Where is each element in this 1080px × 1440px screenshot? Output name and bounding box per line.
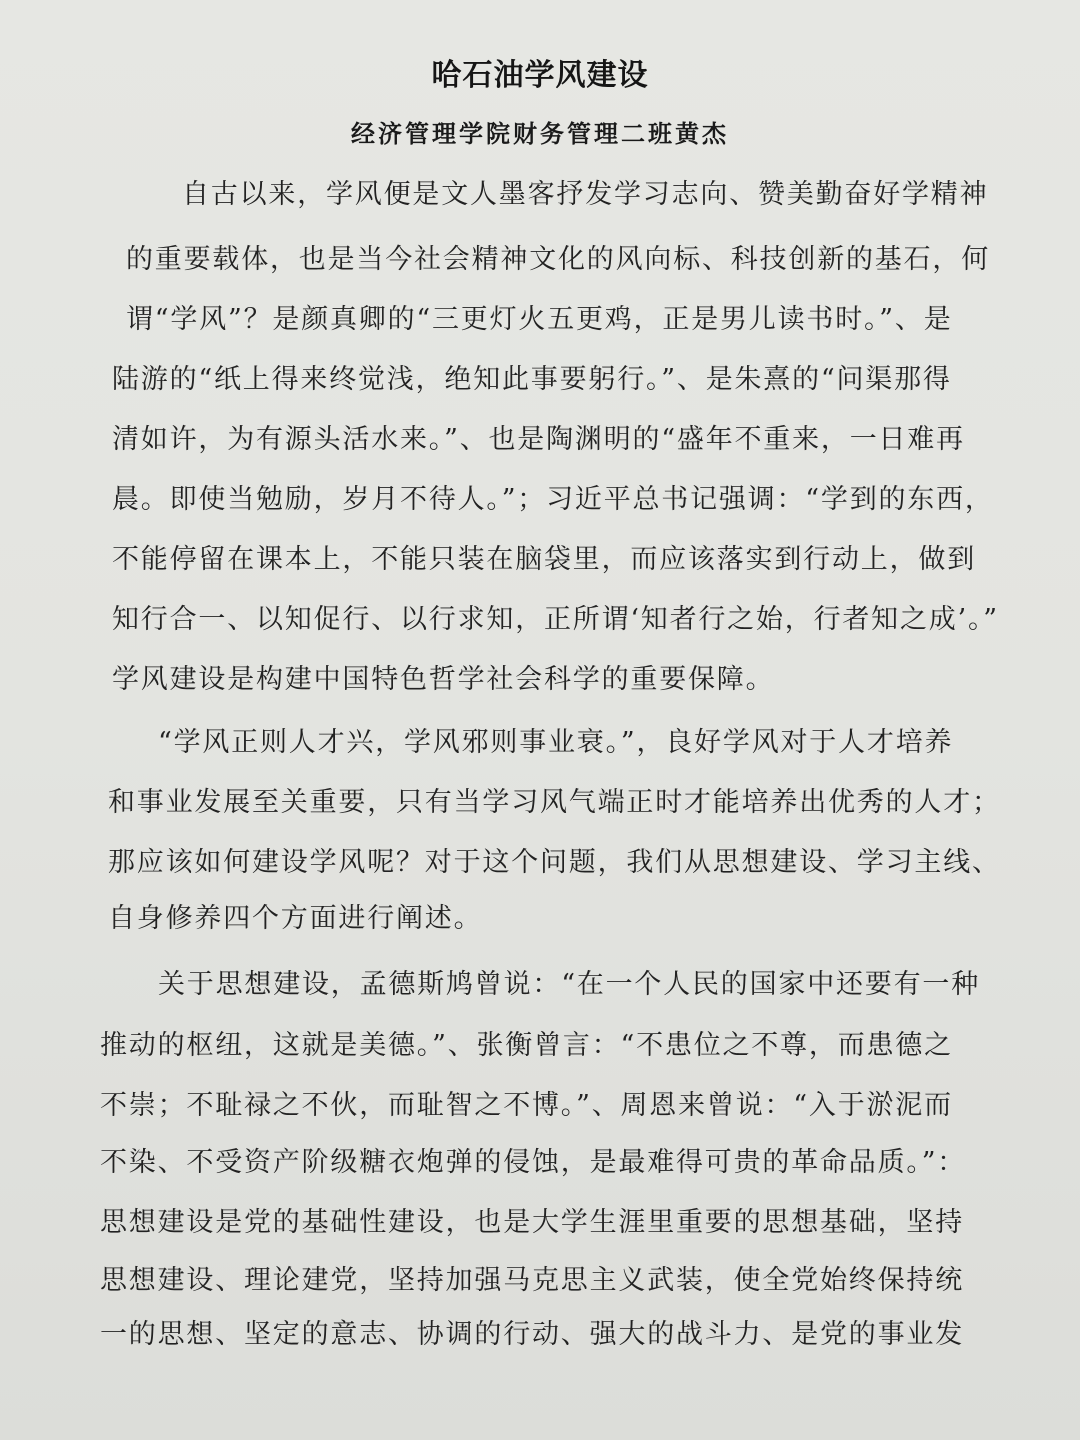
text-line: 自身修养四个方面进行阐述。 bbox=[108, 896, 482, 935]
text-line: 晨。即使当勉励，岁月不待人。”；习近平总书记强调：“学到的东西， bbox=[112, 477, 994, 516]
author-line: 经济管理学院财务管理二班黄杰 bbox=[0, 114, 1080, 149]
text-line: 关于思想建设，孟德斯鸠曾说：“在一个人民的国家中还要有一种 bbox=[158, 962, 980, 1001]
document-title: 哈石油学风建设 bbox=[0, 50, 1080, 94]
text-line: 陆游的“纸上得来终觉浅，绝知此事要躬行。”、是朱熹的“问渠那得 bbox=[112, 357, 952, 396]
text-line: 自古以来，学风便是文人墨客抒发学习志向、赞美勤奋好学精神 bbox=[182, 172, 988, 211]
text-line: 谓“学风”？是颜真卿的“三更灯火五更鸡，正是男儿读书时。”、是 bbox=[126, 297, 953, 336]
document-page: 哈石油学风建设 经济管理学院财务管理二班黄杰 自古以来，学风便是文人墨客抒发学习… bbox=[0, 0, 1080, 1440]
text-line: 思想建设、理论建党，坚持加强马克思主义武装，使全党始终保持统 bbox=[100, 1258, 964, 1297]
text-line: 思想建设是党的基础性建设，也是大学生涯里重要的思想基础，坚持 bbox=[100, 1200, 964, 1239]
text-line: 不染、不受资产阶级糖衣炮弹的侵蚀，是最难得可贵的革命品质。”： bbox=[100, 1140, 966, 1179]
text-line: 的重要载体，也是当今社会精神文化的风向标、科技创新的基石，何 bbox=[126, 237, 990, 276]
text-line: 不崇；不耻禄之不伙，而耻智之不博。”、周恩来曾说：“入于淤泥而 bbox=[100, 1083, 953, 1122]
text-line: 知行合一、以知促行、以行求知，正所谓‘知者行之始，行者知之成’。” bbox=[112, 597, 999, 636]
text-line: 不能停留在课本上，不能只装在脑袋里，而应该落实到行动上，做到 bbox=[112, 537, 976, 576]
text-line: 和事业发展至关重要，只有当学习风气端正时才能培养出优秀的人才； bbox=[108, 780, 1001, 819]
text-line: “学风正则人才兴，学风邪则事业衰。”，良好学风对于人才培养 bbox=[158, 720, 953, 759]
text-line: 学风建设是构建中国特色哲学社会科学的重要保障。 bbox=[112, 657, 774, 696]
text-line: 清如许，为有源头活水来。”、也是陶渊明的“盛年不重来，一日难再 bbox=[112, 417, 965, 456]
text-line: 那应该如何建设学风呢？对于这个问题，我们从思想建设、学习主线、 bbox=[108, 840, 1001, 879]
text-line: 一的思想、坚定的意志、协调的行动、强大的战斗力、是党的事业发 bbox=[100, 1312, 964, 1351]
text-line: 推动的枢纽，这就是美德。”、张衡曾言：“不患位之不尊，而患德之 bbox=[100, 1023, 953, 1062]
